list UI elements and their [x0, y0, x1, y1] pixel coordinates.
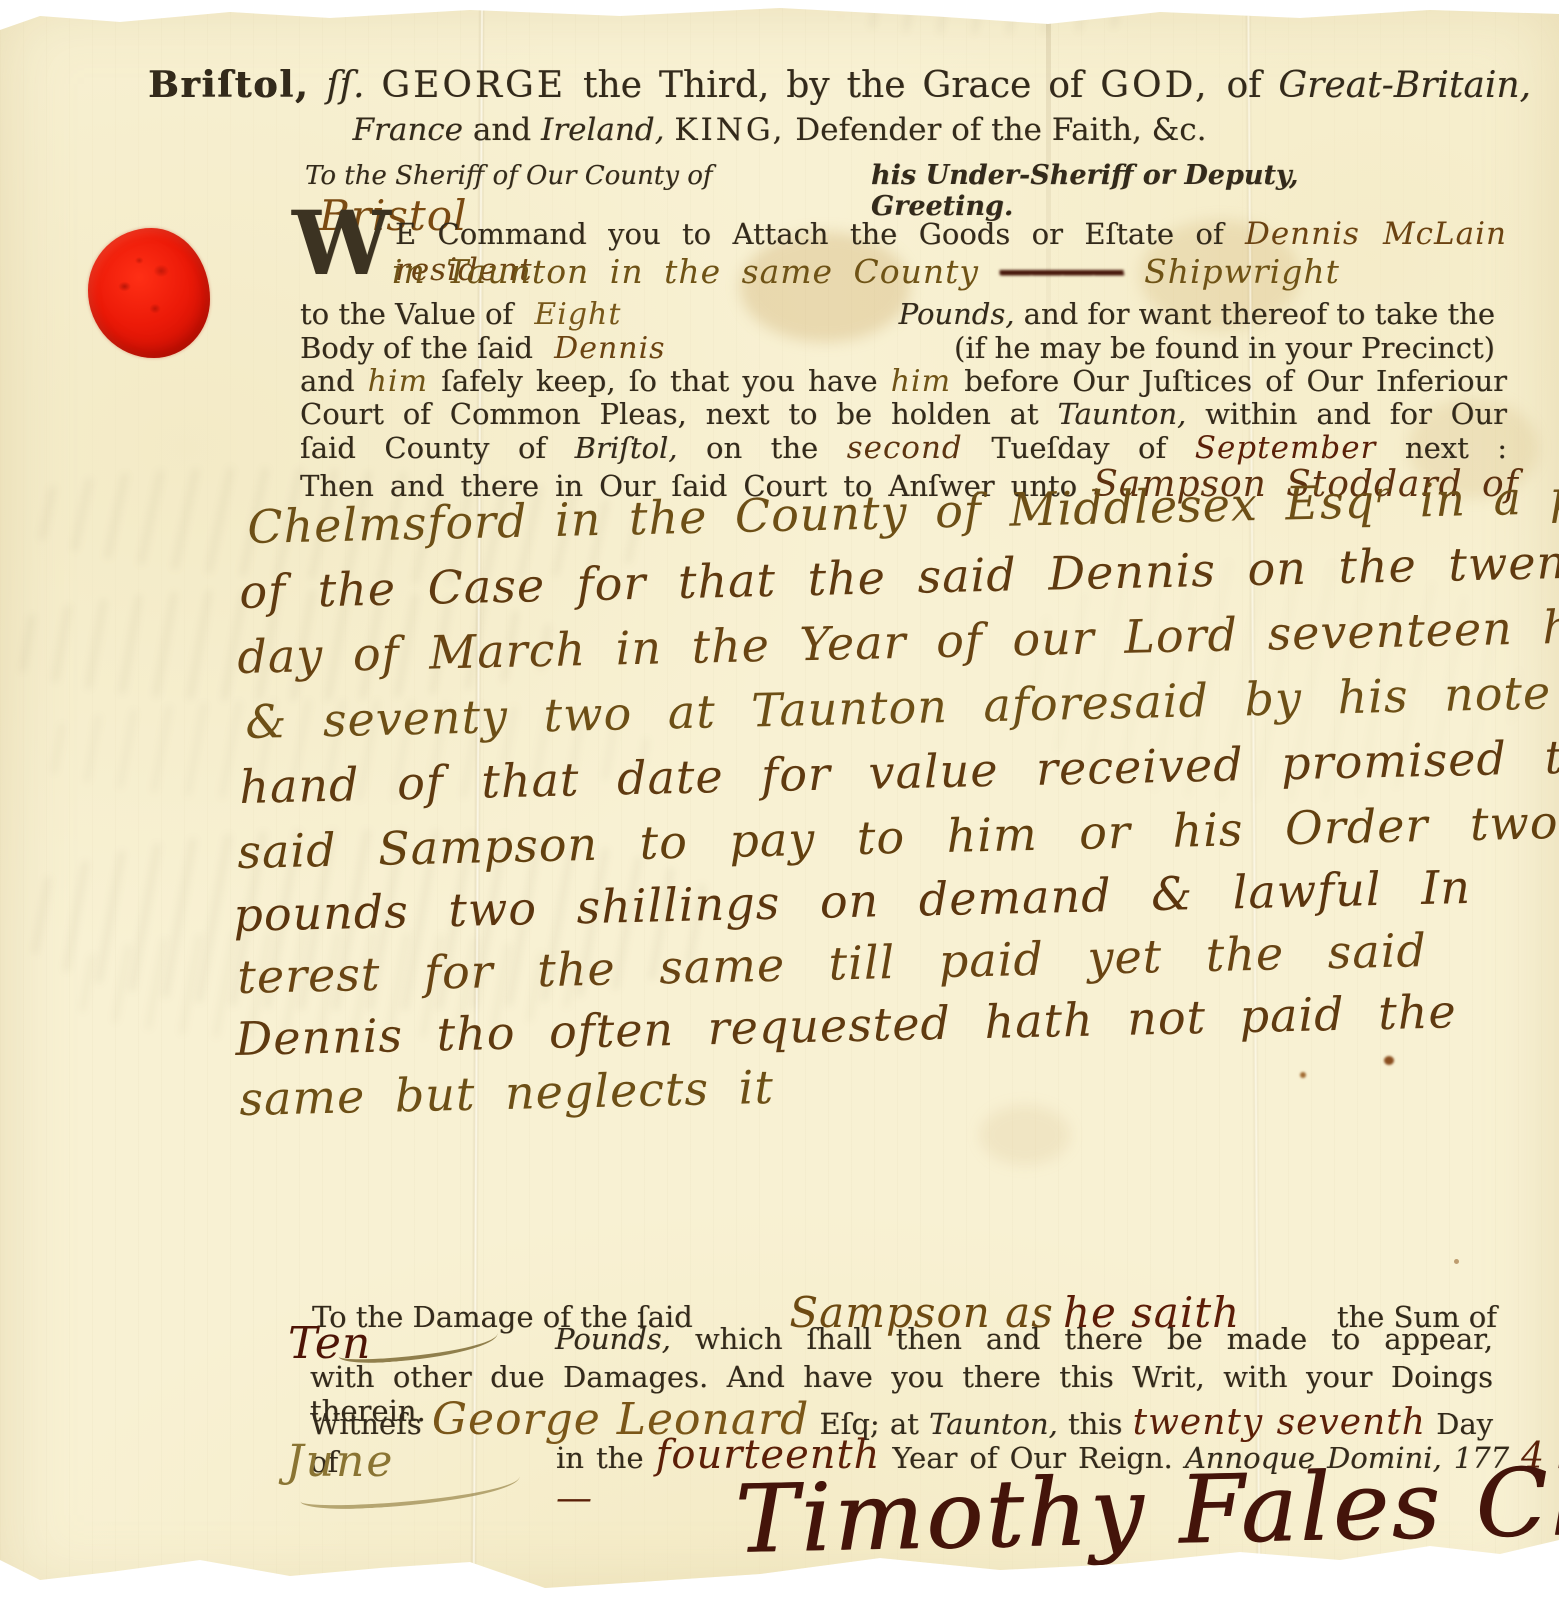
command-line2-handwritten: in Taunton in the same County ———— Shipw… [392, 252, 1340, 291]
command-line1-print: E Command you to Attach the Goods or Eſt… [395, 217, 1224, 251]
ss-abbreviation: ſſ. [326, 65, 364, 106]
him-handwritten-2: him [891, 364, 951, 399]
of-word: of [1226, 65, 1261, 106]
justices-text: before Our Juſtices of Our Inferiour [964, 364, 1507, 398]
in-the-text: in the [556, 1441, 644, 1475]
taunton-italic: Taunton, [1057, 397, 1186, 431]
great-britain: Great-Britain, [1278, 65, 1531, 106]
occupation-handwritten: Shipwright [1144, 252, 1340, 291]
safely-keep-text: ſafely keep, ſo that you have [441, 364, 877, 398]
royal-heading-line2: France and Ireland, KING, Defender of th… [320, 112, 1239, 148]
and-word: and [473, 112, 531, 148]
week-ordinal-handwritten: second [847, 430, 963, 466]
defender-text: Defender of the Faith, &c. [795, 112, 1206, 148]
ireland-word: Ireland, [541, 112, 664, 148]
king-name: GEORGE [381, 65, 566, 106]
said-county-text: ſaid County of [300, 431, 546, 465]
him-handwritten-1: him [368, 364, 428, 399]
pounds-right-group: Pounds, and for want thereof to take the [899, 297, 1495, 331]
aged-paper-sheet: Briſtol, ſſ. GEORGE the Third, by the Gr… [0, 0, 1559, 1599]
france-word: France [353, 112, 463, 148]
ink-bleedthrough-smudge [840, 0, 1140, 34]
paper-stain [980, 1105, 1070, 1165]
command-line6: Court of Common Pleas, next to be holden… [300, 397, 1507, 431]
on-the-text: on the [706, 431, 818, 465]
within-for-our-text: within and for Our [1205, 397, 1507, 431]
clerk-signature: Timothy Fales Cler [734, 1446, 1559, 1575]
god-word: GOD, [1100, 65, 1209, 106]
sheriff-printed-text: To the Sheriff of Our County of [305, 161, 712, 191]
value-left-group: to the Value of Eight [300, 297, 621, 332]
plea-handwritten-line: same but neglects it [239, 1060, 775, 1126]
precinct-text: (if he may be found in your Precinct) [954, 331, 1495, 365]
next-text: next : [1405, 431, 1507, 465]
want-thereof-text: and for want thereof to take the [1024, 297, 1495, 331]
and-printed: and [300, 364, 355, 398]
command-line7: ſaid County of Briſtol, on the second Tu… [300, 430, 1507, 466]
pounds-italic-2: Pounds, [555, 1322, 671, 1356]
tuesday-of-text: Tueſday of [991, 431, 1166, 465]
royal-title-text: the Third, by the Grace of [583, 65, 1083, 106]
body-printed-text: Body of the ſaid [300, 331, 533, 365]
command-line5: and him ſafely keep, ſo that you have hi… [300, 364, 1507, 399]
ink-spot [1300, 1072, 1306, 1078]
drop-cap-w: W [292, 206, 391, 281]
body-left-group: Body of the ſaid Dennis [300, 331, 666, 366]
county-blackletter: Briſtol, [148, 64, 309, 106]
writ-document-page: Briſtol, ſſ. GEORGE the Third, by the Gr… [0, 0, 1559, 1599]
made-to-appear-text: which ſhall then and there be made to ap… [695, 1322, 1493, 1356]
command-line3: to the Value of Eight Pounds, and for wa… [300, 297, 1495, 332]
common-pleas-text: Court of Common Pleas, next to be holden… [300, 397, 1039, 431]
royal-heading-line1: Briſtol, ſſ. GEORGE the Third, by the Gr… [148, 64, 1531, 106]
pounds-italic: Pounds, [899, 297, 1015, 331]
defendant-firstname-handwritten: Dennis [554, 331, 665, 366]
greeting-printed-text: his Under-Sheriff or Deputy, Greeting. [871, 160, 1441, 222]
month-handwritten: September [1195, 430, 1377, 466]
value-amount-handwritten: Eight [534, 297, 621, 332]
king-word: KING, [674, 112, 785, 148]
red-wax-seal [88, 228, 210, 358]
residence-handwritten: in Taunton in the same County [392, 252, 979, 291]
ink-spot [1454, 1259, 1459, 1264]
damage-line2: Pounds, which ſhall then and there be ma… [555, 1322, 1493, 1356]
struck-out-word: ———— [1000, 252, 1124, 291]
command-line4: Body of the ſaid Dennis (if he may be fo… [300, 331, 1495, 366]
ink-spot [1384, 1056, 1394, 1065]
bristol-italic: Briſtol, [575, 431, 678, 465]
value-printed-text: to the Value of [300, 297, 513, 331]
